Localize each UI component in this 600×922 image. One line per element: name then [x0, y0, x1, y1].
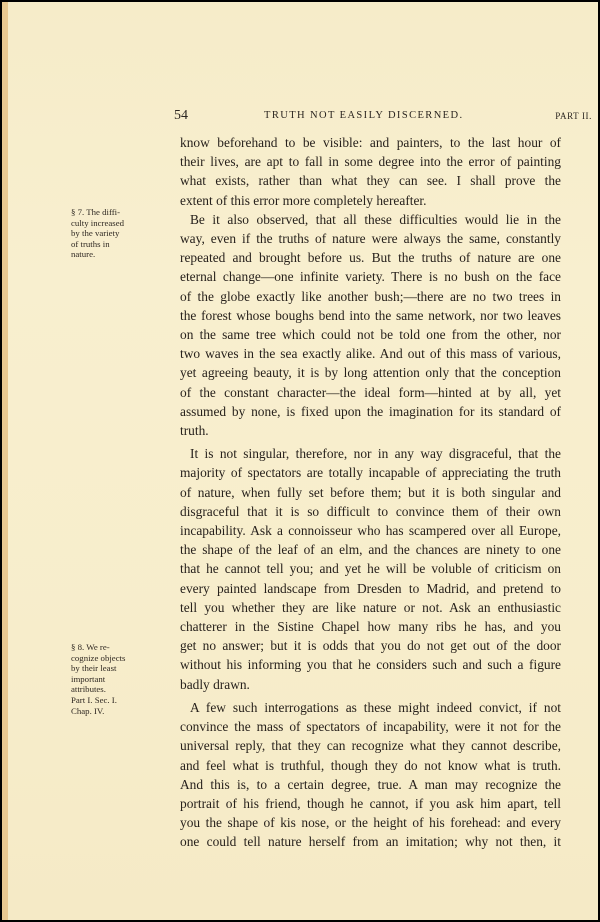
- chapter-title: TRUTH NOT EASILY DISCERNED.: [264, 110, 464, 121]
- paragraph: A few such interrogations as these might…: [180, 698, 561, 852]
- paragraph: It is not singular, therefore, nor in an…: [180, 444, 561, 694]
- paragraph: Be it also observed, that all these diff…: [180, 210, 561, 440]
- paragraph: know beforehand to be visible: and paint…: [180, 133, 561, 210]
- sidenote-section-7: § 7. The diffi- culty increased by the v…: [71, 207, 151, 260]
- part-label: PART II.: [555, 111, 592, 121]
- body-text: know beforehand to be visible: and paint…: [180, 133, 561, 852]
- sidenote-section-8: § 8. We re- cognize objects by their lea…: [71, 642, 151, 716]
- running-head: 54 TRUTH NOT EASILY DISCERNED. PART II.: [174, 108, 592, 124]
- book-page: 54 TRUTH NOT EASILY DISCERNED. PART II. …: [2, 2, 598, 920]
- page-number: 54: [174, 108, 188, 124]
